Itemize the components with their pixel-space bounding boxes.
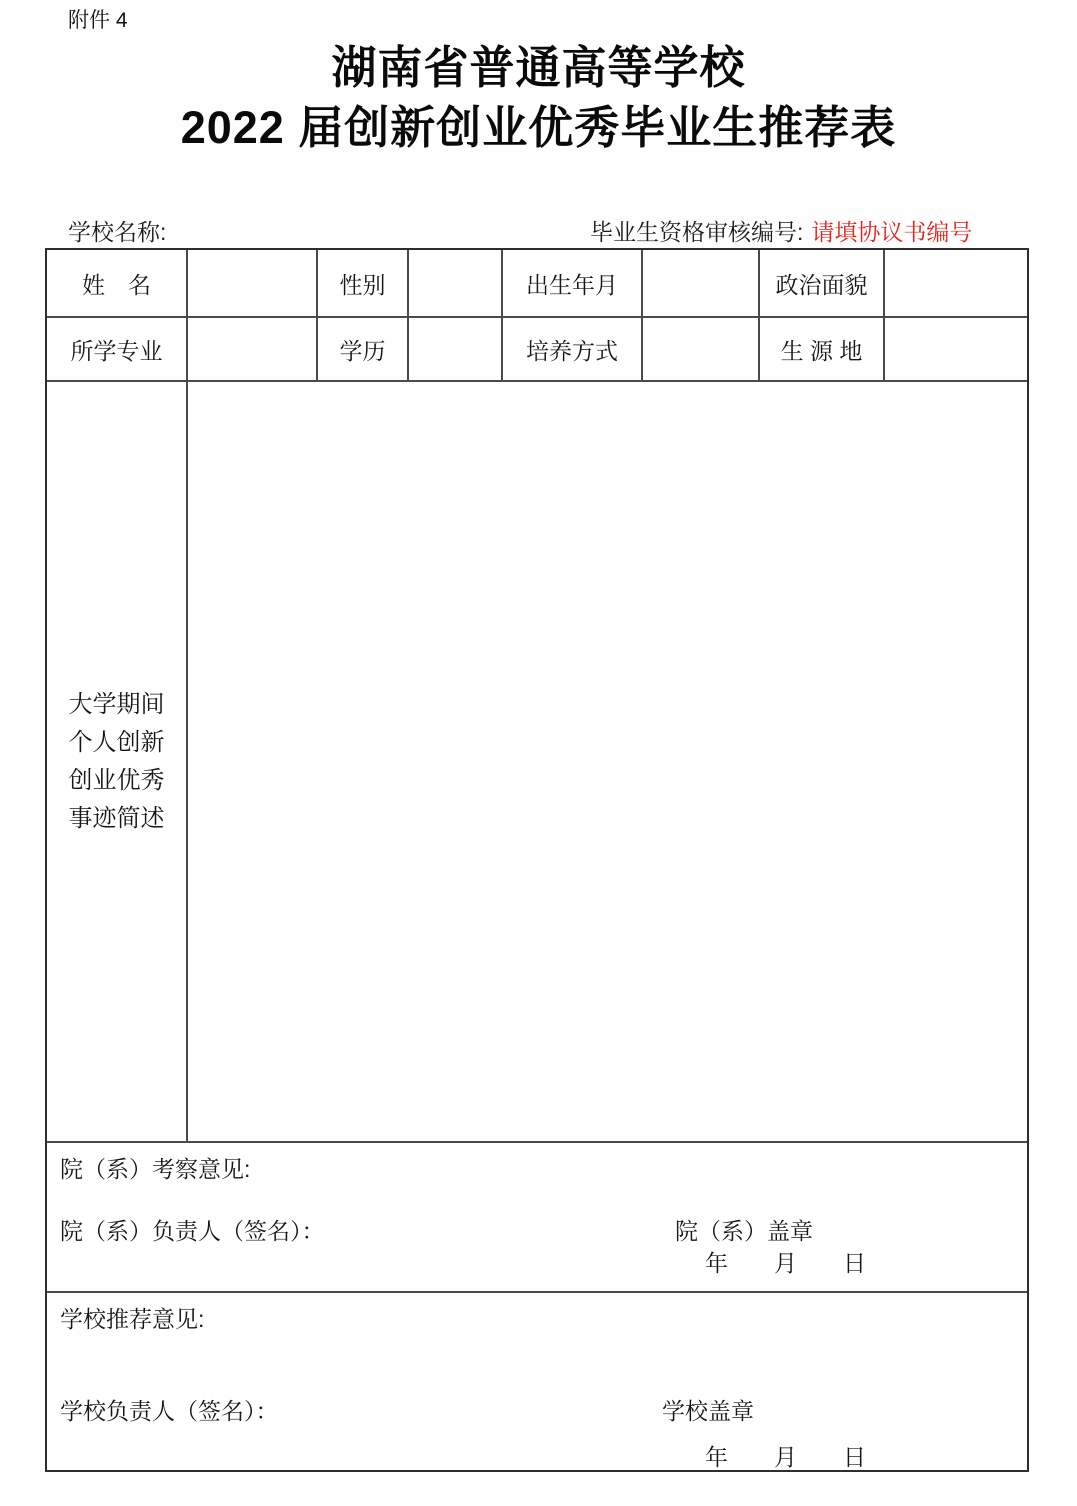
dept-opinion-section: 院（系）考察意见: 院（系）负责人（签名）： 院（系）盖章 年 月 日 (47, 1143, 1027, 1293)
school-opinion-section: 学校推荐意见: 学校负责人（签名）： 学校盖章 年 月 日 (47, 1293, 1027, 1470)
political-status-value-cell (885, 250, 1027, 318)
school-signer-label: 学校负责人（签名）： (60, 1393, 279, 1426)
name-label-cell: 姓 名 (47, 250, 188, 318)
school-name-label: 学校名称: (68, 214, 166, 247)
dept-signer-label: 院（系）负责人（签名）： (60, 1213, 325, 1246)
dept-date-label: 年 月 日 (705, 1245, 866, 1278)
meta-row: 学校名称: 毕业生资格审核编号:请填协议书编号 (47, 214, 1027, 246)
origin-place-label-cell: 生 源 地 (760, 318, 885, 382)
political-status-label-cell: 政治面貌 (760, 250, 885, 318)
review-number-group: 毕业生资格审核编号:请填协议书编号 (590, 214, 972, 247)
gender-value-cell (409, 250, 503, 318)
birthdate-value-cell (643, 250, 760, 318)
dept-opinion-label: 院（系）考察意见: (60, 1151, 250, 1184)
deeds-label-line: 创业优秀 (69, 762, 165, 800)
training-mode-label-cell: 培养方式 (503, 318, 643, 382)
birthdate-label-cell: 出生年月 (503, 250, 643, 318)
school-seal-label: 学校盖章 (662, 1393, 754, 1426)
review-value: 请填协议书编号 (811, 219, 972, 245)
gender-label-cell: 性别 (318, 250, 409, 318)
name-value-cell (188, 250, 318, 318)
form-title-line1: 湖南省普通高等学校 (0, 38, 1077, 98)
school-opinion-label: 学校推荐意见: (60, 1301, 204, 1334)
attachment-label: 附件 4 (68, 4, 128, 34)
form-title: 湖南省普通高等学校 2022 届创新创业优秀毕业生推荐表 (0, 38, 1077, 158)
origin-place-value-cell (885, 318, 1027, 382)
deeds-label-line: 事迹简述 (69, 800, 165, 838)
recommendation-form-table: 姓 名 性别 出生年月 政治面貌 所学专业 学历 培养方式 生 源 地 大学期间… (45, 248, 1029, 1472)
education-label-cell: 学历 (318, 318, 409, 382)
training-mode-value-cell (643, 318, 760, 382)
review-number-label: 毕业生资格审核编号: (590, 219, 803, 245)
major-value-cell (188, 318, 318, 382)
major-label-cell: 所学专业 (47, 318, 188, 382)
deeds-label-cell: 大学期间 个人创新 创业优秀 事迹简述 (47, 382, 188, 1143)
education-value-cell (409, 318, 503, 382)
dept-seal-label: 院（系）盖章 (675, 1213, 813, 1246)
deeds-label-line: 个人创新 (69, 724, 165, 762)
school-date-label: 年 月 日 (705, 1439, 866, 1472)
document-page: 附件 4 湖南省普通高等学校 2022 届创新创业优秀毕业生推荐表 学校名称: … (0, 0, 1077, 1506)
form-title-line2: 2022 届创新创业优秀毕业生推荐表 (0, 98, 1077, 158)
deeds-content-cell (188, 382, 1027, 1143)
deeds-label-line: 大学期间 (69, 686, 165, 724)
